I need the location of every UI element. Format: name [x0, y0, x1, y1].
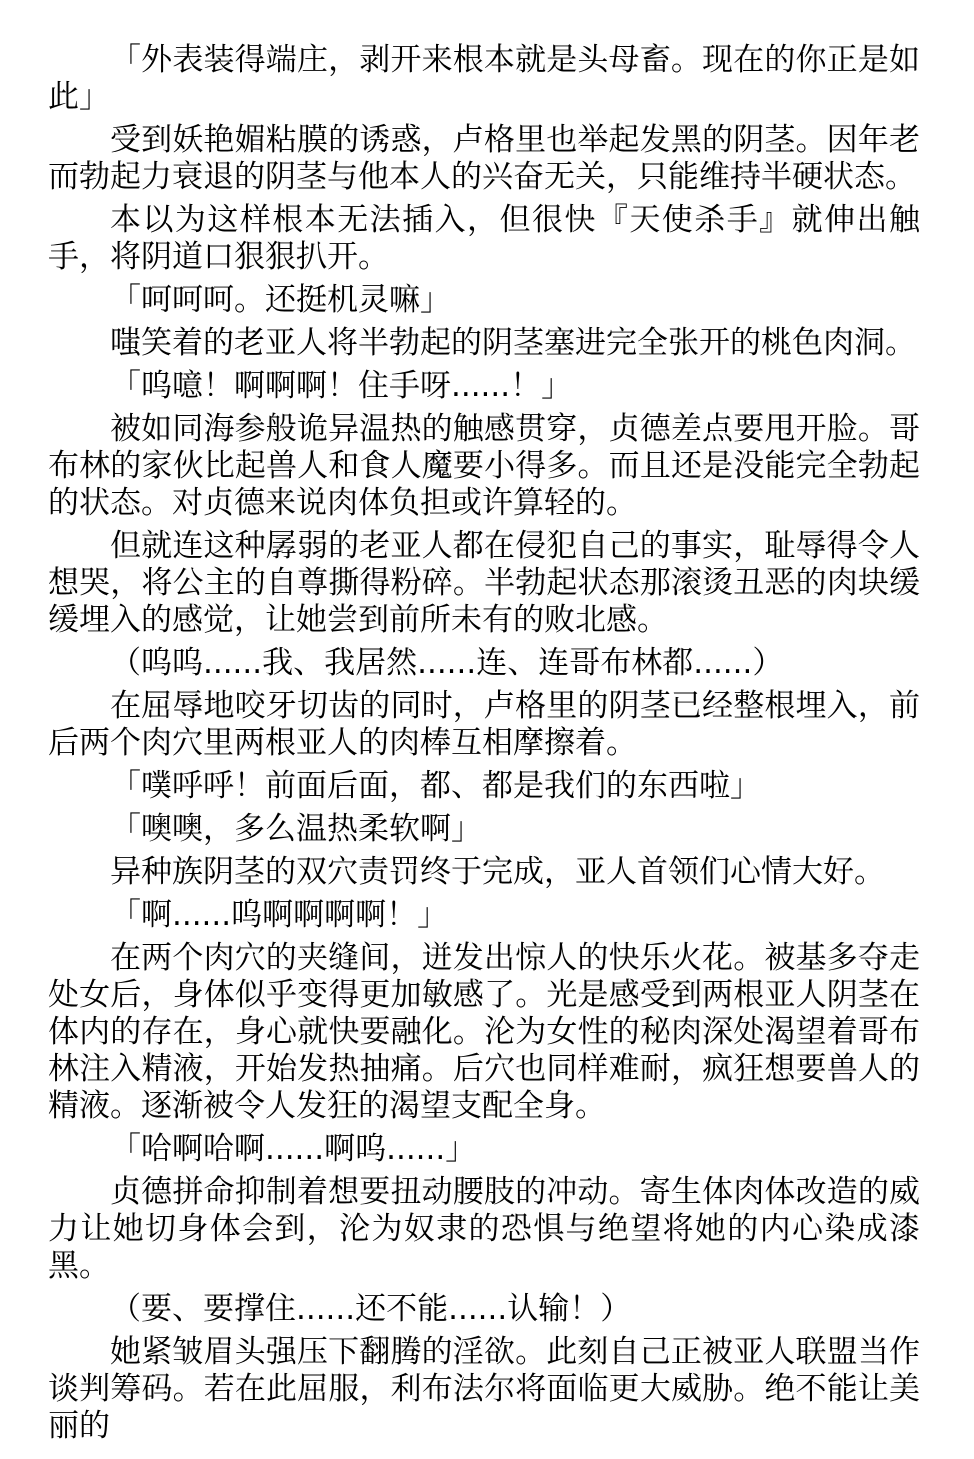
narration-paragraph: 但就连这种孱弱的老亚人都在侵犯自己的事实，耻辱得令人想哭，将公主的自尊撕得粉碎。… [48, 528, 920, 639]
narration-paragraph: 她紧皱眉头强压下翻腾的淫欲。此刻自己正被亚人联盟当作谈判筹码。若在此屈服，利布法… [48, 1334, 920, 1445]
narration-paragraph: 嗤笑着的老亚人将半勃起的阴茎塞进完全张开的桃色肉洞。 [48, 325, 920, 362]
dialogue-paragraph: 「噢噢，多么温热柔软啊」 [48, 811, 920, 848]
thought-paragraph: （呜呜......我、我居然......连、连哥布林都......） [48, 645, 920, 682]
dialogue-paragraph: 「哈啊哈啊......啊呜......」 [48, 1131, 920, 1168]
novel-text-page: 「外表装得端庄，剥开来根本就是头母畜。现在的你正是如此」 受到妖艳媚粘膜的诱惑，… [0, 0, 974, 1459]
narration-paragraph: 在两个肉穴的夹缝间，迸发出惊人的快乐火花。被基多夺走处女后，身体似乎变得更加敏感… [48, 940, 920, 1125]
narration-paragraph: 受到妖艳媚粘膜的诱惑，卢格里也举起发黑的阴茎。因年老而勃起力衰退的阴茎与他本人的… [48, 122, 920, 196]
dialogue-paragraph: 「噗呼呼！前面后面，都、都是我们的东西啦」 [48, 768, 920, 805]
dialogue-paragraph: 「外表装得端庄，剥开来根本就是头母畜。现在的你正是如此」 [48, 42, 920, 116]
dialogue-paragraph: 「呜噫！啊啊啊！住手呀......！」 [48, 368, 920, 405]
narration-paragraph: 贞德拼命抑制着想要扭动腰肢的冲动。寄生体肉体改造的威力让她切身体会到，沦为奴隶的… [48, 1174, 920, 1285]
narration-paragraph: 在屈辱地咬牙切齿的同时，卢格里的阴茎已经整根埋入，前后两个肉穴里两根亚人的肉棒互… [48, 688, 920, 762]
narration-paragraph: 本以为这样根本无法插入，但很快『天使杀手』就伸出触手，将阴道口狠狠扒开。 [48, 202, 920, 276]
dialogue-paragraph: 「呵呵呵。还挺机灵嘛」 [48, 282, 920, 319]
dialogue-paragraph: 「啊......呜啊啊啊啊！」 [48, 897, 920, 934]
narration-paragraph: 被如同海参般诡异温热的触感贯穿，贞德差点要甩开脸。哥布林的家伙比起兽人和食人魔要… [48, 411, 920, 522]
thought-paragraph: （要、要撑住......还不能......认输！） [48, 1291, 920, 1328]
narration-paragraph: 异种族阴茎的双穴责罚终于完成，亚人首领们心情大好。 [48, 854, 920, 891]
